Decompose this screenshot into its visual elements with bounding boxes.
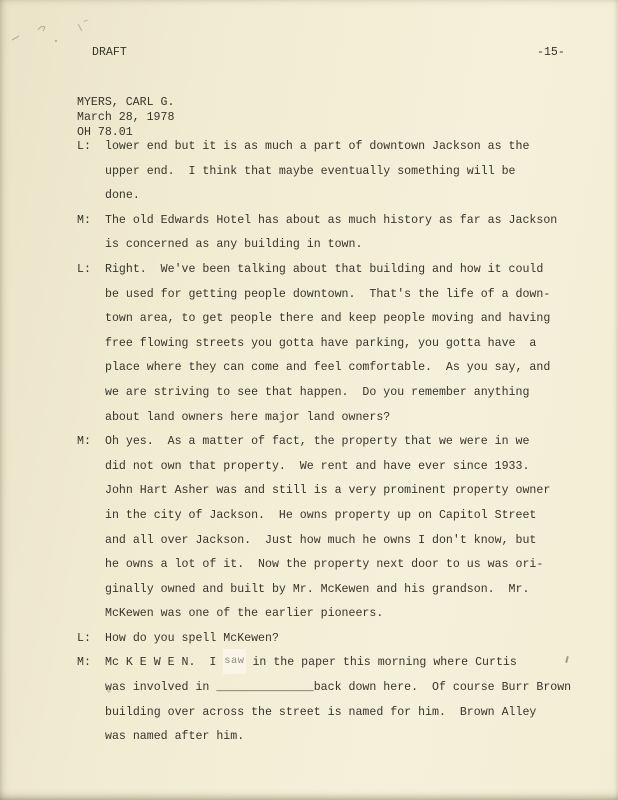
transcript-line: town area, to get people there and keep … bbox=[105, 307, 618, 332]
transcript-line: is concerned as any building in town. bbox=[105, 233, 618, 258]
dialogue-paragraph: L:Right. We've been talking about that b… bbox=[0, 258, 618, 430]
draft-label: DRAFT bbox=[92, 45, 127, 60]
transcript-line: was named after him. bbox=[105, 725, 618, 750]
paragraph-lines: Oh yes. As a matter of fact, the propert… bbox=[105, 430, 618, 627]
paragraph-lines: lower end but it is as much a part of do… bbox=[105, 135, 618, 209]
transcript-line: The old Edwards Hotel has about as much … bbox=[105, 209, 618, 234]
paragraph-lines: Mc K E W E N. I saw in the paper this mo… bbox=[105, 651, 618, 749]
transcript-line: about land owners here major land owners… bbox=[105, 406, 618, 431]
text-segment: in the paper this morning where Curtis bbox=[246, 656, 517, 669]
transcript-line: and all over Jackson. Just how much he o… bbox=[105, 529, 618, 554]
paragraph-lines: The old Edwards Hotel has about as much … bbox=[105, 209, 618, 258]
interview-date: March 28, 1978 bbox=[77, 110, 174, 125]
speaker-label: L: bbox=[77, 258, 91, 283]
transcript-line: upper end. I think that maybe eventually… bbox=[105, 160, 618, 185]
transcript-line: done. bbox=[105, 184, 618, 209]
transcript-line: in the city of Jackson. He owns property… bbox=[105, 504, 618, 529]
transcript-line: McKewen was one of the earlier pioneers. bbox=[105, 602, 618, 627]
pencil-scribble-marks bbox=[8, 16, 108, 48]
dialogue-paragraph: M:Mc K E W E N. I saw in the paper this … bbox=[0, 651, 618, 749]
transcript-line: Mc K E W E N. I saw in the paper this mo… bbox=[105, 651, 618, 676]
transcript-line: building over across the street is named… bbox=[105, 701, 618, 726]
transcript-line: John Hart Asher was and still is a very … bbox=[105, 479, 618, 504]
transcript-line: he owns a lot of it. Now the property ne… bbox=[105, 553, 618, 578]
transcript-line: How do you spell McKewen? bbox=[105, 627, 618, 652]
page-number: -15- bbox=[537, 45, 565, 60]
interviewee-name: MYERS, CARL G. bbox=[77, 95, 174, 110]
transcript-line: ginally owned and built by Mr. McKewen a… bbox=[105, 578, 618, 603]
ink-smudge bbox=[107, 688, 111, 693]
transcript-line: did not own that property. We rent and h… bbox=[105, 455, 618, 480]
overwritten-word: saw bbox=[223, 649, 245, 674]
transcript-line: Right. We've been talking about that bui… bbox=[105, 258, 618, 283]
document-header: MYERS, CARL G. March 28, 1978 OH 78.01 bbox=[77, 95, 174, 140]
dialogue-paragraph: M:Oh yes. As a matter of fact, the prope… bbox=[0, 430, 618, 627]
paragraph-lines: How do you spell McKewen? bbox=[105, 627, 618, 652]
dialogue-paragraph: L:lower end but it is as much a part of … bbox=[0, 135, 618, 209]
transcript-line: we are striving to see that happen. Do y… bbox=[105, 381, 618, 406]
document-page: DRAFT -15- MYERS, CARL G. March 28, 1978… bbox=[0, 0, 618, 800]
transcript-line: lower end but it is as much a part of do… bbox=[105, 135, 618, 160]
transcript-line: place where they can come and feel comfo… bbox=[105, 356, 618, 381]
transcript-line: was involved in ______________back down … bbox=[105, 676, 618, 701]
transcript-line: Oh yes. As a matter of fact, the propert… bbox=[105, 430, 618, 455]
transcript-dialogue: L:lower end but it is as much a part of … bbox=[0, 135, 618, 750]
text-segment: Mc K E W E N. I bbox=[105, 656, 223, 669]
transcript-line: free flowing streets you gotta have park… bbox=[105, 332, 618, 357]
speaker-label: L: bbox=[77, 627, 91, 652]
speaker-label: M: bbox=[77, 430, 91, 455]
dialogue-paragraph: L:How do you spell McKewen? bbox=[0, 627, 618, 652]
speaker-label: M: bbox=[77, 209, 91, 234]
transcript-line: be used for getting people downtown. Tha… bbox=[105, 283, 618, 308]
speaker-label: M: bbox=[77, 651, 91, 676]
dialogue-paragraph: M:The old Edwards Hotel has about as muc… bbox=[0, 209, 618, 258]
paragraph-lines: Right. We've been talking about that bui… bbox=[105, 258, 618, 430]
speaker-label: L: bbox=[77, 135, 91, 160]
